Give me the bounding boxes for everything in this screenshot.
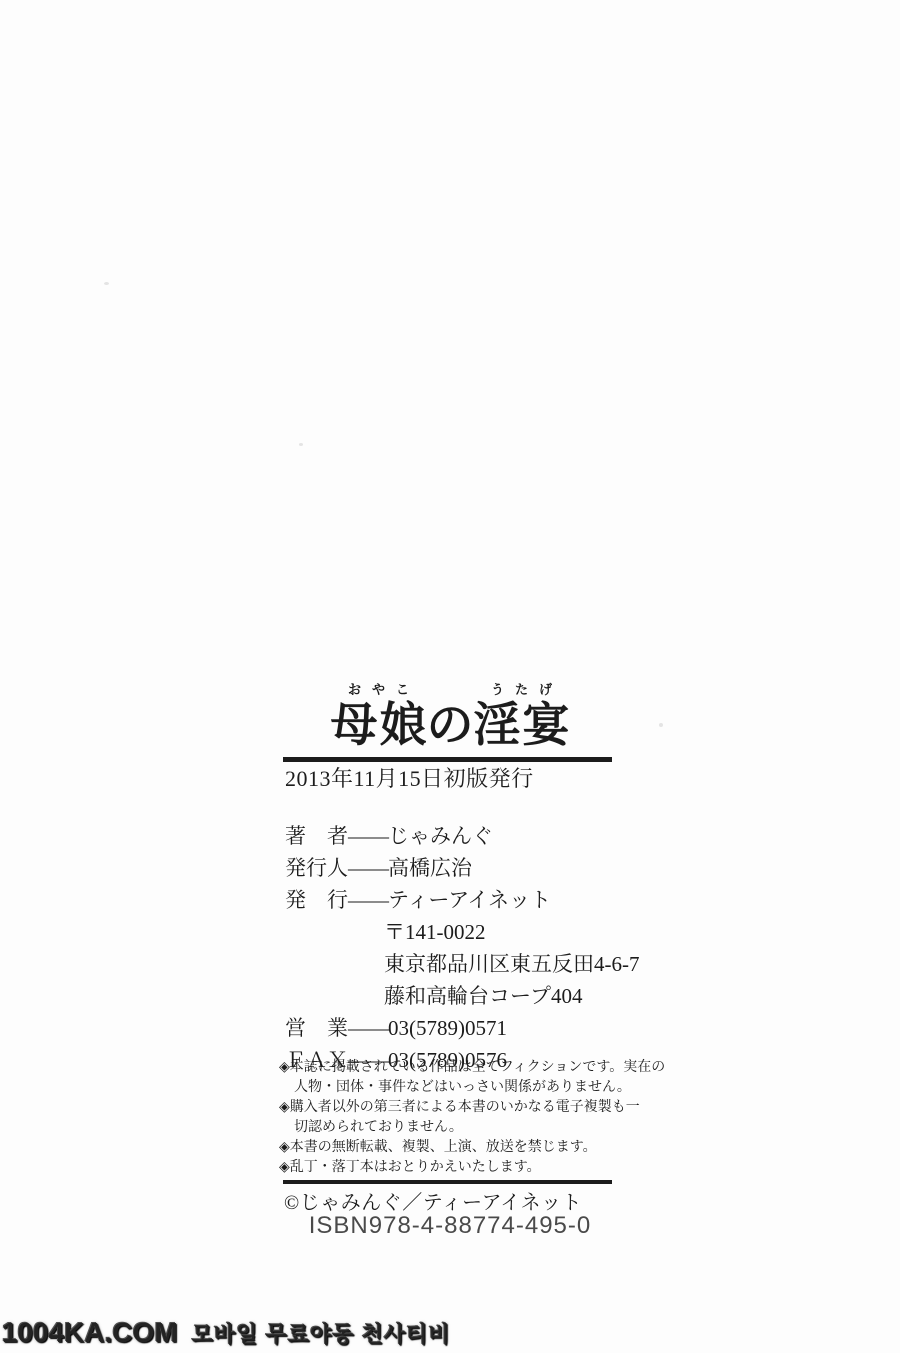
scan-speck <box>299 443 303 446</box>
title-text-no: の <box>427 699 476 753</box>
watermark-korean-tagline: 모바일 무료야동 천사티비 <box>192 1318 451 1349</box>
legal-notices: ◈本誌に掲載されている作品は全てフィクションです。実在の 人物・団体・事件などは… <box>279 1058 639 1178</box>
scan-speck <box>104 282 109 285</box>
notice-ecopy-line-2: 切認められておりません。 <box>279 1118 639 1138</box>
address-building: 藤和高輪台コープ404 <box>285 980 645 1012</box>
watermark-site-url: 1004KA.COM <box>2 1317 178 1349</box>
title-divider-rule <box>283 757 612 762</box>
row-publisher-company: 発 行――ティーアイネット <box>285 884 645 916</box>
diamond-bullet-icon: ◈ <box>279 1140 290 1155</box>
title-text-haha-musume: 母娘 <box>331 699 429 753</box>
notice-defective-copies-text: 乱丁・落丁本はおとりかえいたします。 <box>290 1160 541 1175</box>
sales-dash: ―― <box>348 1016 388 1040</box>
notice-ecopy-line-1: ◈購入者以外の第三者による本書のいかなる電子複製も一 <box>279 1098 639 1118</box>
notice-reproduction-text: 本書の無断転載、複製、上演、放送を禁じます。 <box>290 1140 597 1155</box>
author-value: じゃみんぐ <box>388 824 493 848</box>
publisher-person-value: 高橋広治 <box>388 856 472 880</box>
notice-reproduction: ◈本書の無断転載、複製、上演、放送を禁じます。 <box>279 1138 639 1158</box>
row-author: 著 者――じゃみんぐ <box>285 820 645 852</box>
address-postal-code: 〒141-0022 <box>285 916 645 948</box>
isbn-number: ISBN978-4-88774-495-0 <box>0 1212 900 1240</box>
diamond-bullet-icon: ◈ <box>279 1160 290 1175</box>
diamond-bullet-icon: ◈ <box>279 1060 290 1075</box>
address-street: 東京都品川区東五反田4-6-7 <box>285 948 645 980</box>
title-text-in-en: 淫宴 <box>474 699 572 753</box>
row-publisher-person: 発行人――高橋広治 <box>285 852 645 884</box>
edition-date: 2013年11月15日初版発行 <box>285 765 534 793</box>
publisher-person-dash: ―― <box>348 856 388 880</box>
author-dash: ―― <box>348 824 388 848</box>
title-segment-utage: うたげ 淫宴 <box>474 681 570 753</box>
sales-phone-number: 03(5789)0571 <box>388 1016 507 1040</box>
notice-ecopy-text-1: 購入者以外の第三者による本書のいかなる電子複製も一 <box>290 1100 640 1115</box>
colophon-page: おやこ 母娘 の うたげ 淫宴 2013年11月15日初版発行 著 者――じゃみ… <box>0 0 900 1353</box>
row-sales-phone: 営 業――03(5789)0571 <box>285 1012 645 1044</box>
notice-fiction-line-1: ◈本誌に掲載されている作品は全てフィクションです。実在の <box>279 1058 639 1078</box>
publisher-company-value: ティーアイネット <box>388 888 551 912</box>
notice-fiction-line-2: 人物・団体・事件などはいっさい関係がありません。 <box>279 1078 639 1098</box>
author-label: 著 者 <box>285 824 348 848</box>
notice-fiction-text-1: 本誌に掲載されている作品は全てフィクションです。実在の <box>290 1060 665 1075</box>
book-title: おやこ 母娘 の うたげ 淫宴 <box>0 681 900 753</box>
notice-defective-copies: ◈乱丁・落丁本はおとりかえいたします。 <box>279 1158 639 1178</box>
publication-info: 著 者――じゃみんぐ 発行人――高橋広治 発 行――ティーアイネット 〒141-… <box>285 820 645 1076</box>
publisher-company-dash: ―― <box>348 888 388 912</box>
diamond-bullet-icon: ◈ <box>279 1100 290 1115</box>
sales-label: 営 業 <box>285 1016 348 1040</box>
site-watermark: 1004KA.COM 모바일 무료야동 천사티비 <box>2 1316 362 1350</box>
title-segment-oyako: おやこ 母娘 <box>331 681 427 753</box>
furigana-utage: うたげ <box>474 681 581 699</box>
copyright-divider-rule <box>283 1180 612 1184</box>
publisher-person-label: 発行人 <box>285 856 348 880</box>
publisher-company-label: 発 行 <box>285 888 348 912</box>
furigana-oyako: おやこ <box>331 681 438 699</box>
title-segment-no: の <box>427 681 474 753</box>
